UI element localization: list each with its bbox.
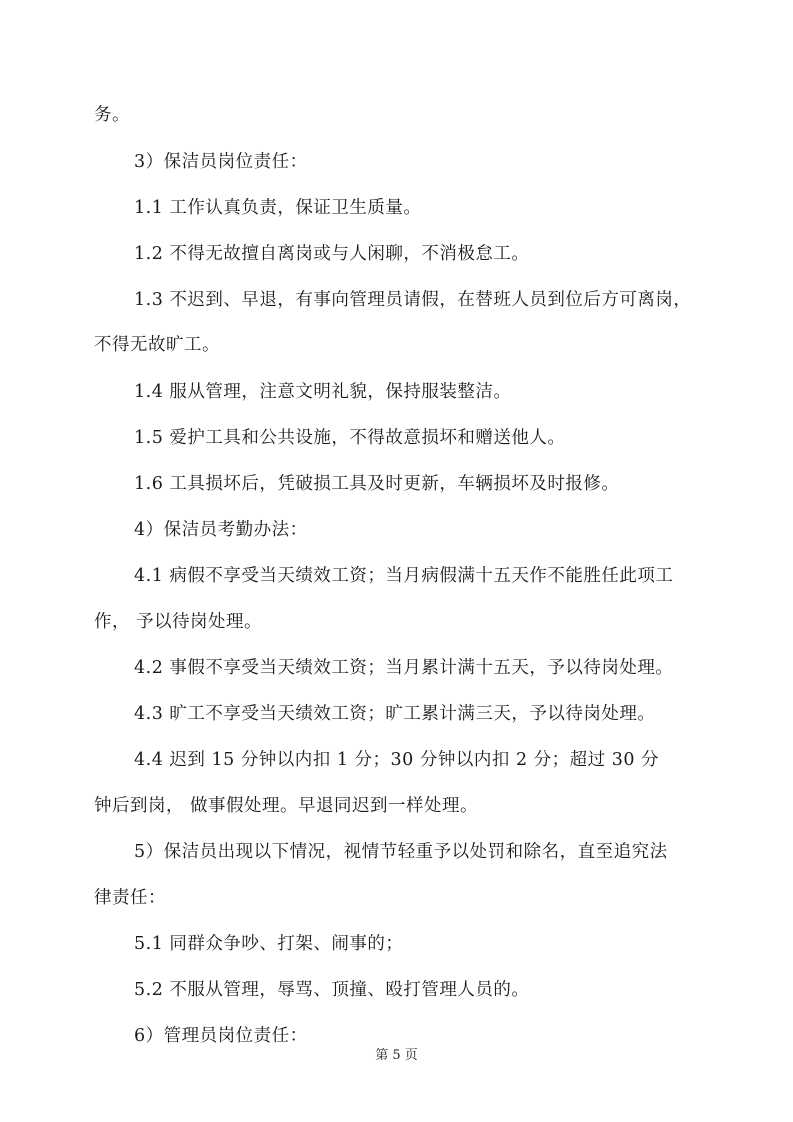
section-heading-5: 5）保洁员出现以下情况，视情节轻重予以处罚和除名，直至追究法	[134, 840, 744, 864]
paragraph-line: 律责任：	[94, 886, 704, 910]
section-heading-4: 4）保洁员考勤办法：	[134, 518, 744, 542]
paragraph-line: 1.2 不得无故擅自离岗或与人闲聊，不消极怠工。	[134, 242, 744, 266]
paragraph-line: 4.4 迟到 15 分钟以内扣 1 分；30 分钟以内扣 2 分；超过 30 分	[134, 748, 744, 772]
paragraph-line: 1.4 服从管理，注意文明礼貌，保持服装整洁。	[134, 380, 744, 404]
paragraph-line: 4.1 病假不享受当天绩效工资；当月病假满十五天作不能胜任此项工	[134, 564, 744, 588]
paragraph-line: 4.2 事假不享受当天绩效工资；当月累计满十五天，予以待岗处理。	[134, 656, 744, 680]
page-number: 第 5 页	[0, 1044, 793, 1063]
section-heading-3: 3）保洁员岗位责任：	[134, 150, 744, 174]
paragraph-line: 务。	[94, 103, 704, 127]
paragraph-line: 1.5 爱护工具和公共设施，不得故意损坏和赠送他人。	[134, 426, 744, 450]
paragraph-line: 1.1 工作认真负责，保证卫生质量。	[134, 196, 744, 220]
paragraph-line: 钟后到岗， 做事假处理。早退同迟到一样处理。	[94, 794, 704, 818]
paragraph-line: 5.2 不服从管理，辱骂、顶撞、殴打管理人员的。	[134, 978, 744, 1002]
paragraph-line: 5.1 同群众争吵、打架、闹事的；	[134, 932, 744, 956]
paragraph-line: 不得无故旷工。	[94, 333, 704, 357]
paragraph-line: 作， 予以待岗处理。	[94, 610, 704, 634]
paragraph-line: 4.3 旷工不享受当天绩效工资；旷工累计满三天，予以待岗处理。	[134, 702, 744, 726]
paragraph-line: 1.6 工具损坏后，凭破损工具及时更新，车辆损坏及时报修。	[134, 472, 744, 496]
paragraph-line: 1.3 不迟到、早退，有事向管理员请假，在替班人员到位后方可离岗，	[134, 288, 744, 312]
